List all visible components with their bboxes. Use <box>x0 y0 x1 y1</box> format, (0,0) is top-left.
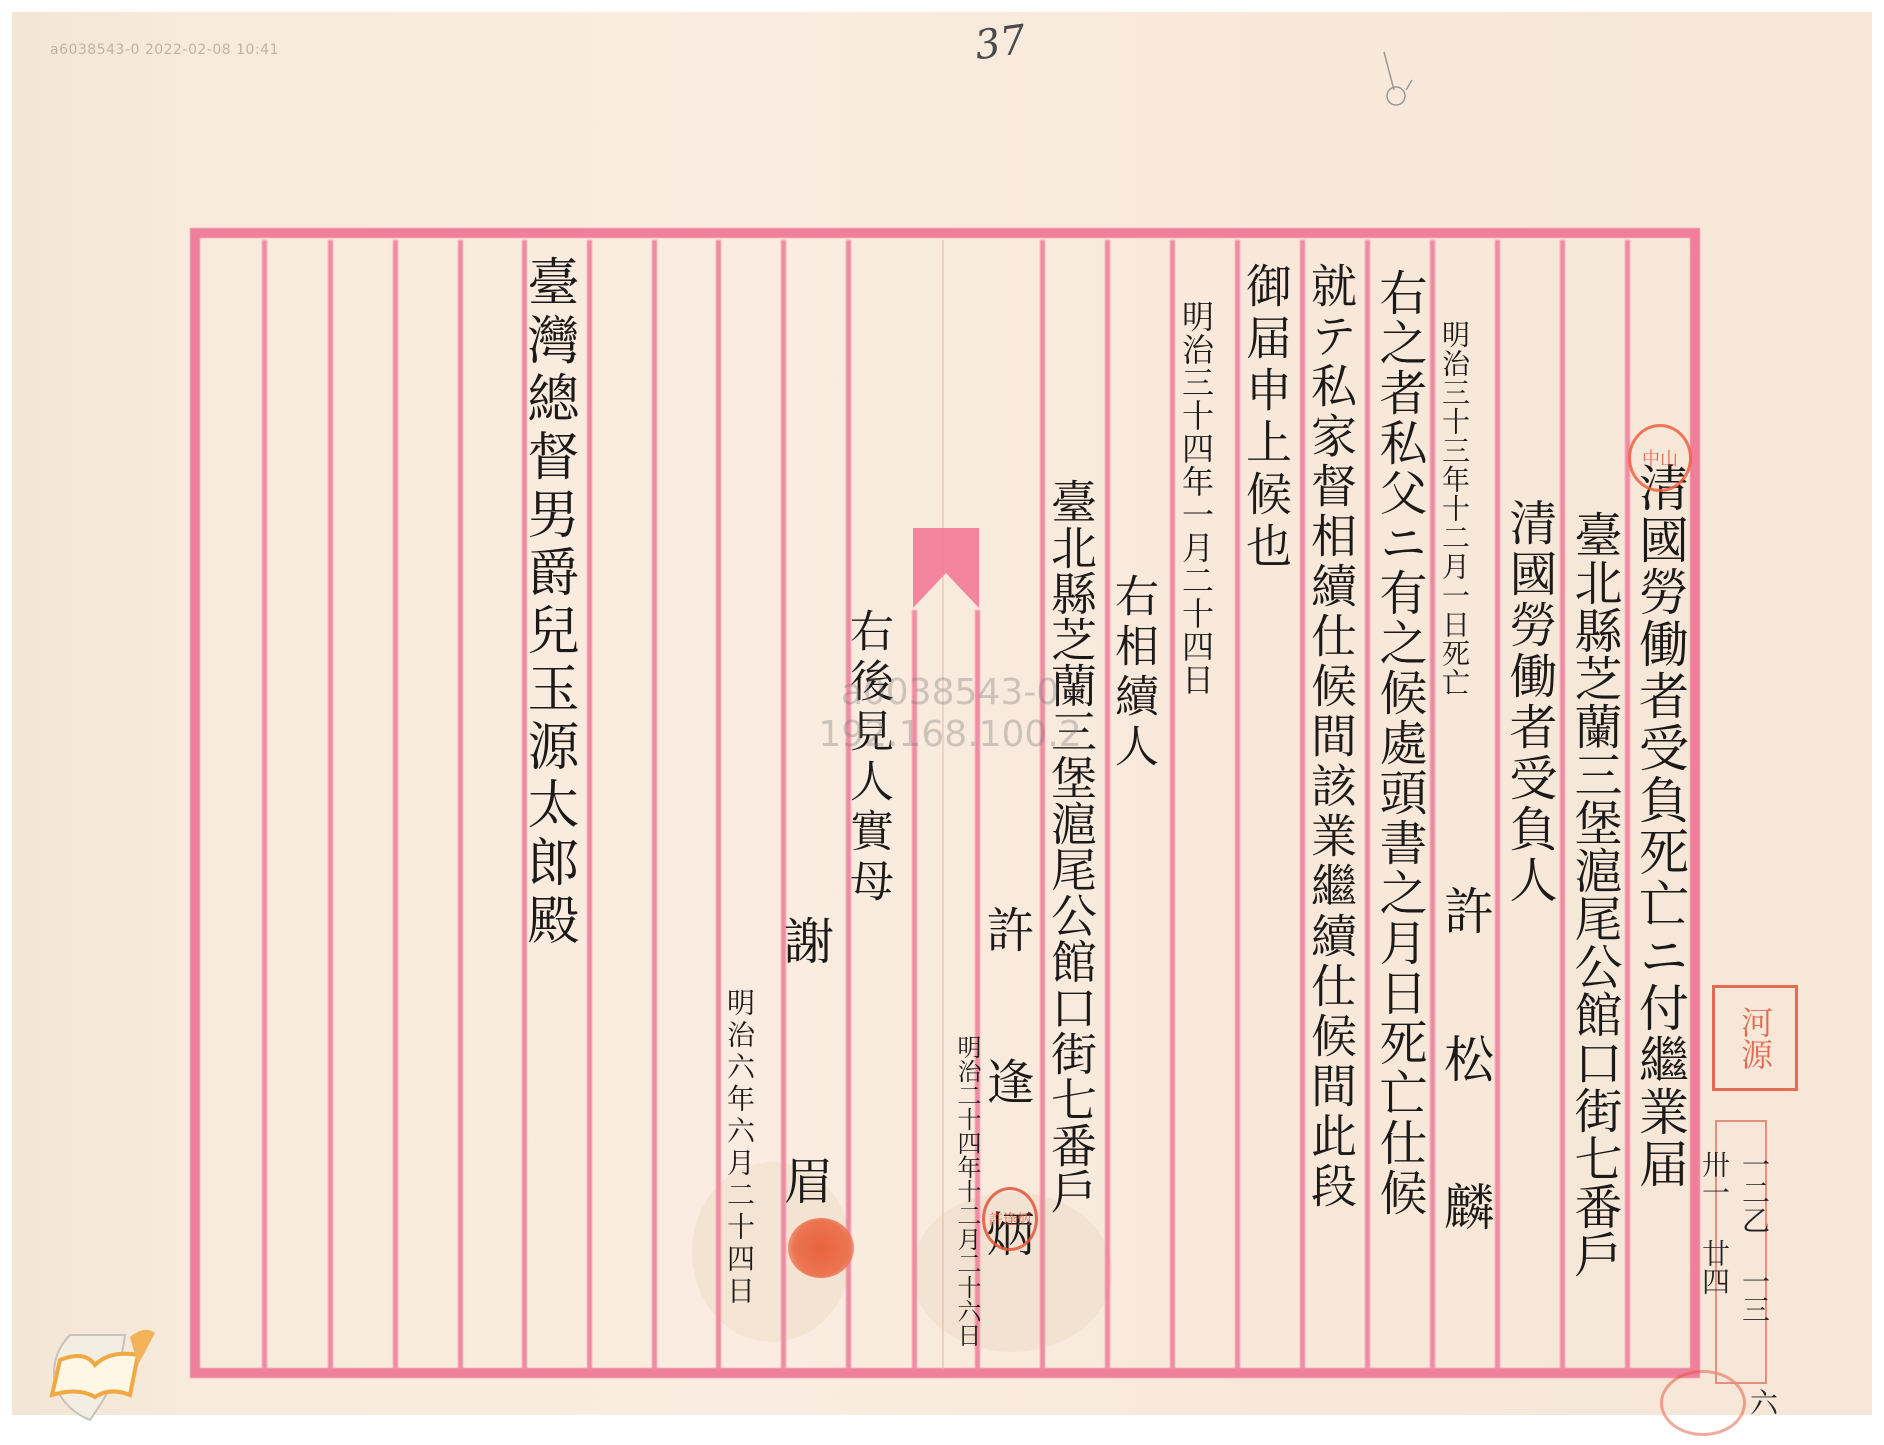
fold-line <box>942 240 944 1370</box>
notice-title: 清國勞働者受負死亡ニ付繼業届 <box>1635 462 1685 1190</box>
death-date: 明治三十三年十二月一日死亡 <box>1440 320 1468 697</box>
column-rule <box>652 240 657 1370</box>
guardian-birth-date: 明治六年六月二十四日 <box>725 988 753 1308</box>
column-rule <box>1365 240 1370 1370</box>
column-rule <box>328 240 333 1370</box>
submission-date: 明治三十四年一月二十四日 <box>1180 300 1212 696</box>
watermark-line-2: 192.168.100.2 <box>760 714 1140 756</box>
column-rule <box>716 240 721 1370</box>
heir-birth-date: 明治二十四年十二月二十六日 <box>955 1035 979 1347</box>
seal-guardian-fingerprint <box>788 1218 854 1278</box>
fold-marker-icon <box>913 528 979 608</box>
column-rule <box>458 240 463 1370</box>
body-line-2: 就テ私家督相續仕候間該業繼續仕候間此段 <box>1308 262 1354 1212</box>
column-rule <box>1560 240 1565 1370</box>
deceased-name: 許 松 麟 <box>1440 885 1490 1255</box>
seal-top-right: 中山 <box>1628 424 1692 492</box>
pencil-page-number: 37 <box>972 17 1029 70</box>
address-line-1: 臺北縣芝蘭三堡滬尾公館口街七番戶 <box>1570 510 1618 1278</box>
addressee: 臺灣總督男爵兒玉源太郎殿 <box>522 255 574 951</box>
column-rule <box>1625 240 1630 1370</box>
column-rule <box>393 240 398 1370</box>
margin-number-left: 卅一 廿四 <box>1700 1150 1728 1295</box>
contractor-role: 清國勞働者受負人 <box>1505 498 1553 906</box>
margin-number-bottom: 六 <box>1748 1388 1776 1416</box>
column-rule <box>1430 240 1435 1370</box>
body-line-3: 御届申上候也 <box>1243 262 1289 574</box>
watermark: a0038543-0 192.168.100.2 <box>760 672 1140 756</box>
column-rule <box>587 240 592 1370</box>
column-rule <box>262 240 267 1370</box>
seal-margin-square: 河源 <box>1712 985 1798 1091</box>
address-line-2: 臺北縣芝蘭三堡滬尾公館口街七番戶 <box>1048 478 1094 1214</box>
pencil-mark-icon <box>1380 50 1414 110</box>
guardian-label: 右後見人實母 <box>845 608 889 908</box>
column-rule <box>1105 240 1110 1370</box>
body-line-1: 右之者私父ニ有之候處頭書之月日死亡仕候 <box>1375 268 1423 1218</box>
column-rule <box>1170 240 1175 1370</box>
archive-stamp: a6038543-0 2022-02-08 10:41 <box>50 42 279 58</box>
column-rule <box>1495 240 1500 1370</box>
seal-heir: 許逢炳 <box>982 1187 1038 1251</box>
watermark-line-1: a0038543-0 <box>760 672 1140 714</box>
archive-logo-icon <box>30 1315 160 1425</box>
margin-number-right: 一二乙 一三 <box>1740 1150 1768 1323</box>
